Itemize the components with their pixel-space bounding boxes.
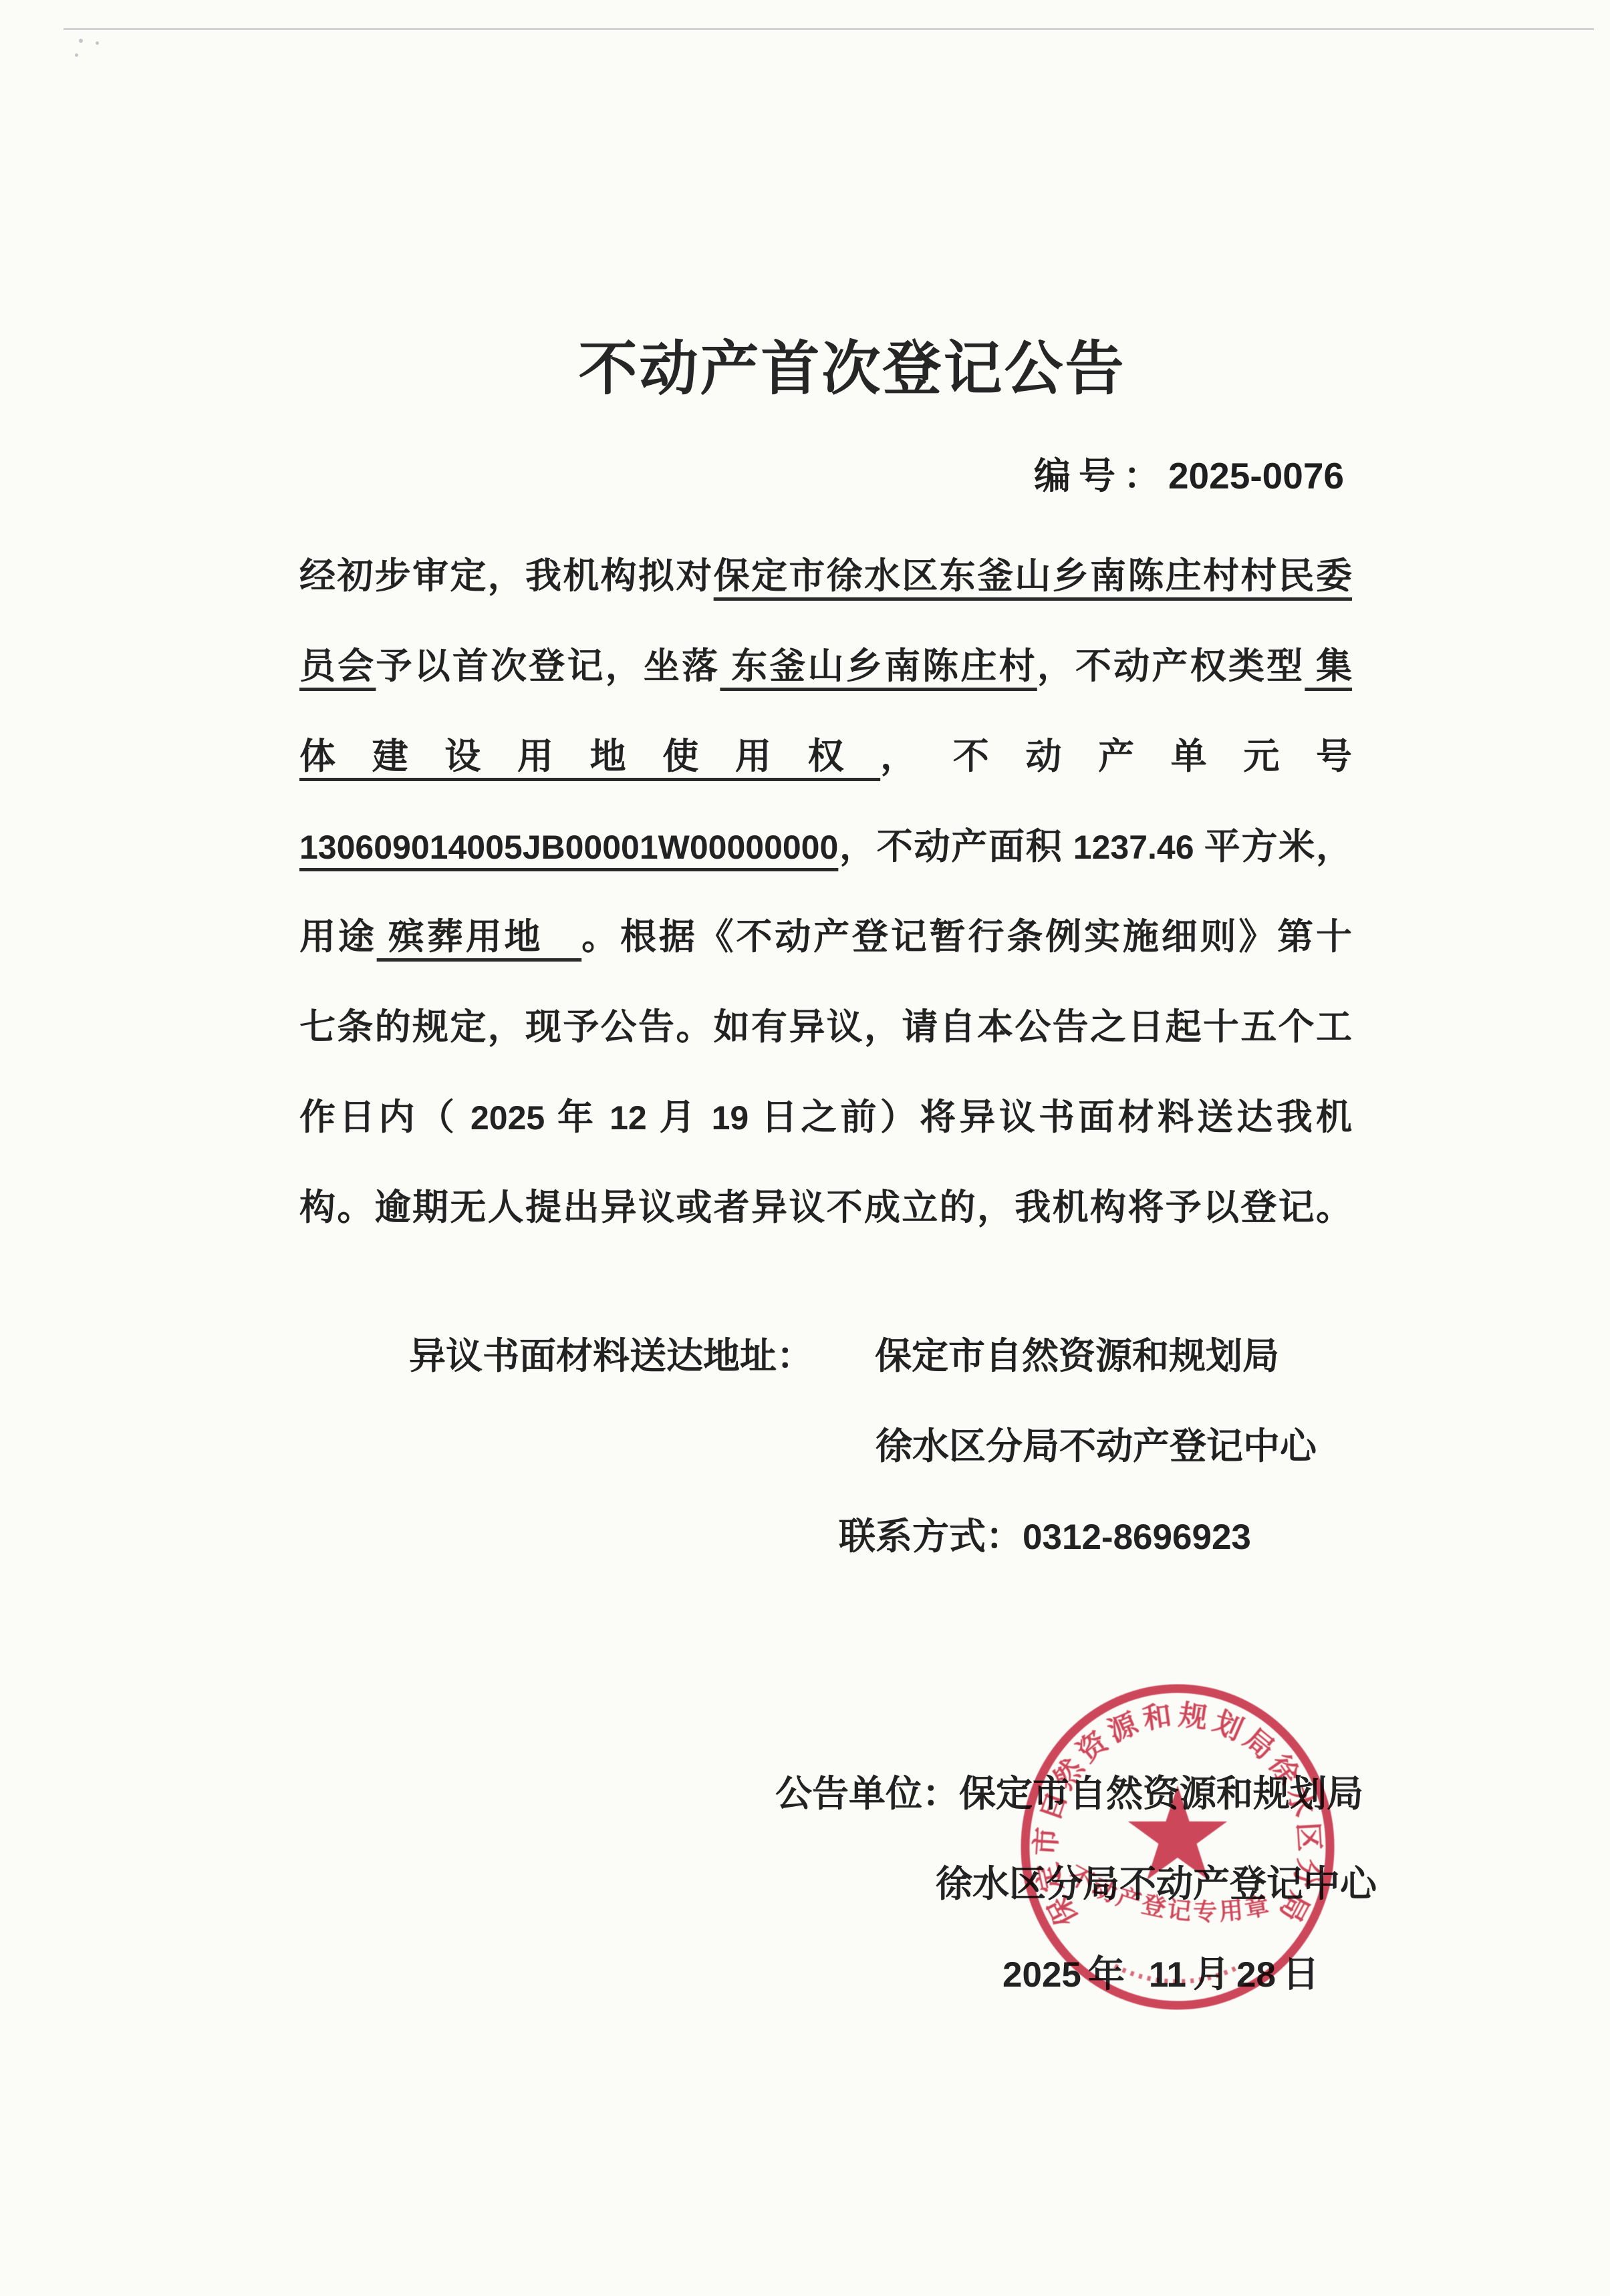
- deadline-year: 2025: [471, 1099, 545, 1137]
- text-segment-underlined: 集: [1305, 646, 1352, 686]
- deadline-day: 19: [712, 1099, 749, 1137]
- document-page: 不动产首次登记公告 编号：2025-0076 经初步审定，我机构拟对保定市徐水区…: [0, 0, 1610, 2296]
- scan-speck: [75, 53, 78, 57]
- text-segment-underlined: 东釜山乡南陈庄村: [720, 646, 1037, 686]
- deadline-month: 12: [610, 1099, 647, 1137]
- text-segment-underlined: 员会: [299, 646, 376, 686]
- issuing-unit-label: 公告单位：: [775, 1773, 959, 1814]
- body-line: 员会予以首次登记，坐落 东釜山乡南陈庄村，不动产权类型 集: [299, 621, 1352, 712]
- contact-phone: 0312-8696923: [1023, 1518, 1251, 1557]
- scan-speck: [79, 39, 83, 43]
- text-segment: 予以首次登记，坐落: [376, 646, 720, 686]
- body-line: 用途 殡葬用地 。根据《不动产登记暂行条例实施细则》第十: [299, 892, 1352, 982]
- doc-number-label: 编号：: [1034, 456, 1168, 496]
- issuing-unit-line2: 徐水区分局不动产登记中心: [936, 1862, 1377, 1908]
- doc-number-value: 2025-0076: [1168, 455, 1344, 496]
- issue-date-year-label: 年: [1088, 1954, 1125, 1995]
- body-line: 体建设用地使用权，不动产单元号: [299, 712, 1352, 802]
- text-segment-underlined: 殡葬用地: [377, 917, 582, 957]
- page-title: 不动产首次登记公告: [301, 322, 1403, 406]
- text-segment: 平方米，: [1194, 827, 1352, 867]
- body-line: 130609014005JB00001W00000000，不动产面积 1237.…: [299, 802, 1352, 892]
- text-segment-underlined: 体建设用地使用权: [299, 736, 880, 776]
- text-segment: 七条的规定，现予公告。如有异议，请自本公告之日起十五个工: [299, 1007, 1352, 1047]
- text-segment: 月: [647, 1097, 712, 1137]
- scan-speck: [96, 41, 99, 45]
- text-segment-underlined: 保定市徐水区东釜山乡南陈庄村村民委: [714, 556, 1352, 596]
- text-segment: ，不动产面积: [838, 827, 1073, 867]
- issue-date-month-label: 月: [1193, 1954, 1230, 1995]
- text-segment: 用途: [299, 917, 377, 957]
- body-line: 作日内（ 2025 年 12 月 19 日之前）将异议书面材料送达我机: [299, 1072, 1352, 1163]
- issuing-unit-line: 公告单位：保定市自然资源和规划局: [775, 1771, 1363, 1818]
- objection-address-line2: 徐水区分局不动产登记中心: [876, 1424, 1317, 1470]
- text-segment: ，不动产权类型: [1037, 646, 1305, 686]
- objection-address-line: 异议书面材料送达地址：保定市自然资源和规划局: [409, 1334, 1279, 1380]
- body-line: 七条的规定，现予公告。如有异议，请自本公告之日起十五个工: [299, 982, 1352, 1072]
- issue-date-year: 2025: [1002, 1955, 1081, 1995]
- text-segment: 构。逾期无人提出异议或者异议不成立的，我机构将予以登记。: [299, 1187, 1352, 1228]
- text-segment: 作日内（: [299, 1097, 471, 1137]
- contact-label: 联系方式：: [839, 1516, 1023, 1557]
- issue-date-month: 11: [1149, 1955, 1186, 1995]
- issuing-unit-name: 保定市自然资源和规划局: [959, 1773, 1363, 1814]
- issue-date: 2025年11月28日: [996, 1952, 1319, 1998]
- objection-address-value: 保定市自然资源和规划局: [875, 1336, 1279, 1377]
- doc-number: 编号：2025-0076: [1034, 446, 1344, 499]
- text-segment: ，不动产单元号: [880, 736, 1352, 776]
- body-line: 经初步审定，我机构拟对保定市徐水区东釜山乡南陈庄村村民委: [299, 531, 1352, 621]
- body-line: 构。逾期无人提出异议或者异议不成立的，我机构将予以登记。: [299, 1163, 1352, 1253]
- issue-date-day-label: 日: [1283, 1954, 1319, 1995]
- text-segment: 日之前）将异议书面材料送达我机: [749, 1097, 1352, 1137]
- property-area-value: 1237.46: [1073, 829, 1194, 866]
- text-segment: 。根据《不动产登记暂行条例实施细则》第十: [581, 917, 1352, 957]
- contact-line: 联系方式：0312-8696923: [839, 1514, 1251, 1560]
- objection-address-label: 异议书面材料送达地址：: [409, 1336, 813, 1377]
- text-segment: 年: [545, 1097, 610, 1137]
- text-segment: 经初步审定，我机构拟对: [299, 556, 714, 596]
- property-unit-number: 130609014005JB00001W00000000: [299, 829, 838, 866]
- issue-date-day: 28: [1236, 1955, 1276, 1995]
- scan-artifact-line: [63, 28, 1594, 30]
